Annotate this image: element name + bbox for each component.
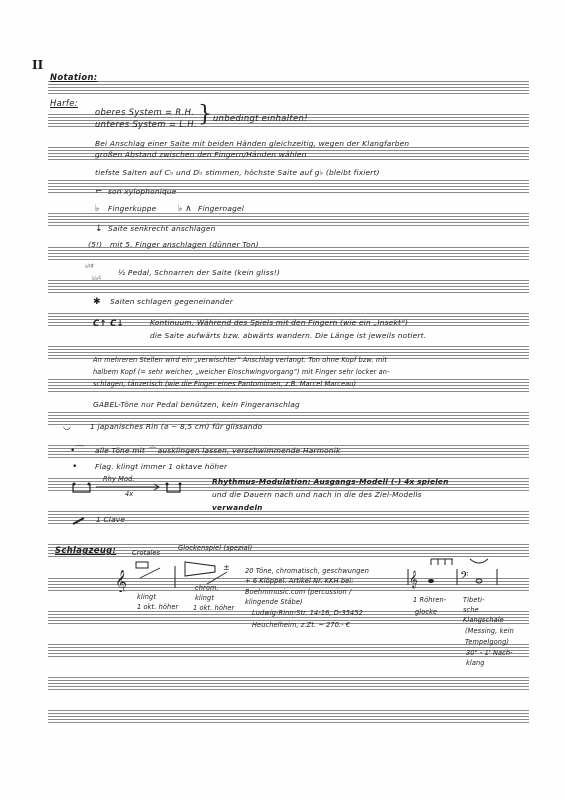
let-ring-text: alle Töne mit ⌒ ausklingen lassen, versc… bbox=[95, 446, 340, 456]
continuum-symbols: C↑ C↓ bbox=[93, 318, 124, 328]
staff bbox=[48, 81, 529, 94]
fifth-finger-icon: (5!) bbox=[88, 240, 102, 250]
harp-line-1: Bei Anschlag einer Saite mit beiden Händ… bbox=[95, 139, 409, 149]
rin-icon: ◡ bbox=[63, 422, 71, 432]
svg-text:±: ± bbox=[223, 563, 230, 572]
glock-desc-2: + 6 Klöppel. Artikel Nr. KKH bei: bbox=[245, 576, 354, 586]
staff bbox=[48, 677, 529, 690]
tibetan-5: Tempelgong) bbox=[465, 637, 509, 647]
rhythm-line-3: verwandeln bbox=[212, 503, 263, 513]
flageolet-icon: • bbox=[72, 462, 77, 472]
rhythm-label-bottom: 4x bbox=[125, 489, 133, 499]
tibetan-1: Tibeti- bbox=[463, 595, 485, 605]
rin-text: 1 japanisches Rin (⌀ ~ 8,5 cm) für gliss… bbox=[90, 422, 262, 432]
staff bbox=[48, 280, 529, 293]
glock-desc-1: 20 Töne, chromatisch, geschwungen bbox=[245, 566, 369, 576]
tibetan-7: klang bbox=[466, 658, 485, 668]
staff bbox=[48, 710, 529, 723]
continuum-line-1: Kontinuum. Während des Spiels mit den Fi… bbox=[150, 318, 408, 328]
crotales-note-2: 1 okt. höher bbox=[137, 602, 178, 612]
harp-line-2: großen Abstand zwischen den Fingern/Händ… bbox=[95, 150, 307, 160]
harp-tuning: tiefste Saiten auf C♭ und D♭ stimmen, hö… bbox=[95, 168, 380, 178]
let-ring-icon: •⌒ bbox=[70, 446, 84, 456]
half-pedal-symbol-bottom: ♭♭♮ bbox=[92, 273, 101, 283]
rhythm-label-top: Rhy Mod. bbox=[103, 474, 135, 484]
continuum-line-2: die Saite aufwärts bzw. abwärts wandern.… bbox=[150, 331, 426, 341]
harp-label: Harfe: bbox=[50, 98, 78, 108]
vertical-text: Saite senkrecht anschlagen bbox=[108, 224, 216, 234]
glock-desc-3: Boehmmusic.com (percussion / bbox=[245, 587, 351, 597]
fifth-finger-text: mit 5. Finger anschlagen (dünner Ton) bbox=[110, 240, 259, 250]
upper-system-text: oberes System = R.H. bbox=[95, 107, 194, 117]
arrow-down-icon: ↓ bbox=[95, 224, 103, 234]
tubular-bell-2: glocke bbox=[415, 607, 437, 617]
flageolet-text: Flag. klingt immer 1 oktave höher bbox=[95, 462, 227, 472]
xylophonique-text: son xylophonique bbox=[108, 187, 177, 197]
tubular-bell-1: 1 Röhren- bbox=[413, 595, 446, 605]
rhythm-line-2: und die Dauern nach und nach in die des … bbox=[212, 490, 422, 500]
section-numeral: II bbox=[32, 58, 43, 72]
half-pedal-symbol-top: ♭♮♯ bbox=[85, 261, 94, 271]
blurred-line-1: An mehreren Stellen wird ein „verwischte… bbox=[93, 355, 387, 365]
tibetan-2: sche bbox=[463, 605, 479, 615]
tibetan-4: (Messing, kein bbox=[465, 626, 514, 636]
glockenspiel-label: Glockenspiel (spezial) bbox=[178, 543, 252, 553]
page-heading: Notation: bbox=[50, 72, 98, 82]
treble-clef-icon: 𝄞 bbox=[115, 569, 127, 592]
manuscript-page: II Notation: Harfe: oberes System = R.H.… bbox=[0, 0, 565, 800]
brace-symbol: } bbox=[198, 104, 212, 126]
blurred-line-2: halbem Kopf (= sehr weicher, „weicher Ei… bbox=[93, 367, 390, 377]
staff bbox=[48, 544, 529, 557]
blurred-line-3: schlagen, tänzerisch (wie die Finger ein… bbox=[93, 379, 356, 389]
crotales-label: Crotales bbox=[132, 548, 160, 558]
asterisk-icon: ✱ bbox=[93, 297, 101, 307]
tubular-tibetan-notation: 𝄞 𝄢 bbox=[405, 557, 525, 589]
xylophonique-icon: ⌐ bbox=[95, 187, 103, 197]
fingernail-icon: ♭ ∧ bbox=[178, 204, 192, 214]
half-pedal-text: ½ Pedal, Schnarren der Saite (kein gliss… bbox=[118, 268, 280, 278]
fingertip-text: Fingerkuppe bbox=[108, 204, 156, 214]
gabel-text: GABEL-Töne nur Pedal benützen, kein Fing… bbox=[93, 400, 300, 410]
address-line-1: Ludwig-Rinn-Str. 14-16, D-35452 bbox=[252, 608, 363, 618]
staff bbox=[48, 644, 529, 657]
address-line-2: Heuchelheim, z.Zt. ~ 270.- € bbox=[252, 620, 350, 630]
tibetan-6: 30" - 1' Nach- bbox=[466, 648, 513, 658]
lower-system-text: unteres System = L.H. bbox=[95, 119, 197, 129]
percussion-label: Schlagzeug: bbox=[55, 545, 116, 555]
crotales-note-1: klingt bbox=[137, 592, 156, 602]
strings-against-text: Saiten schlagen gegeneinander bbox=[110, 297, 233, 307]
tibetan-3: Klangschale bbox=[463, 615, 504, 625]
rhythm-line-1: Rhythmus-Modulation: Ausgangs-Modell (-)… bbox=[212, 477, 449, 487]
fingernail-text: Fingernagel bbox=[198, 204, 244, 214]
clave-text: 1 Clave bbox=[96, 515, 125, 525]
fingertip-icon: ♭ bbox=[95, 204, 99, 214]
glock-desc-4: klingende Stäbe) bbox=[245, 597, 303, 607]
svg-text:𝄞: 𝄞 bbox=[409, 570, 418, 588]
rhythm-modulation-figure bbox=[70, 474, 200, 502]
glock-note-1: chrom. bbox=[195, 583, 219, 593]
bass-clef-icon: 𝄢 bbox=[460, 570, 468, 585]
clave-icon bbox=[72, 516, 86, 526]
glock-note-2: klingt bbox=[195, 593, 214, 603]
glock-note-3: 1 okt. höher bbox=[193, 603, 234, 613]
brace-note: unbedingt einhalten! bbox=[213, 113, 308, 123]
